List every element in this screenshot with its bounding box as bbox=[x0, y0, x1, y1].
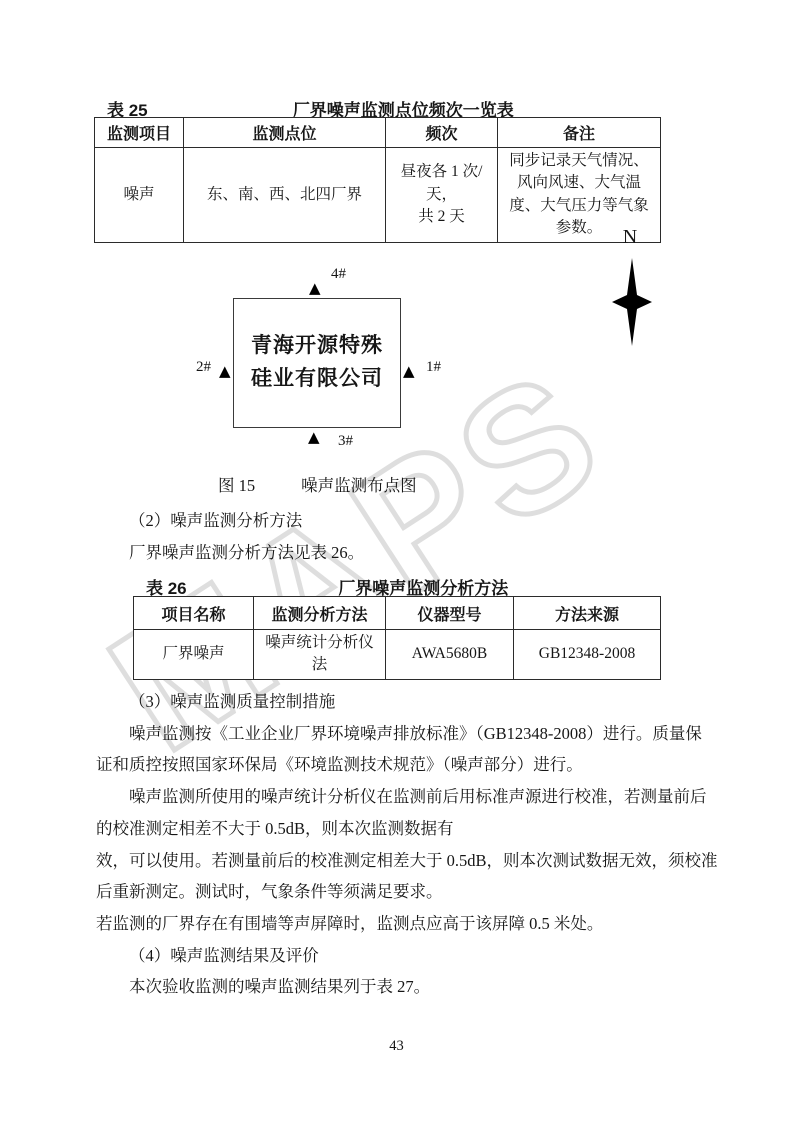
figure15-label: 图 15 bbox=[218, 472, 255, 496]
table25-cell-location: 东、南、西、北四厂界 bbox=[184, 148, 386, 243]
paragraph-4-heading: （4）噪声监测结果及评价 bbox=[96, 940, 704, 972]
monitoring-point-4-marker-icon: ▲ bbox=[309, 281, 321, 296]
table25-header-item: 监测项目 bbox=[95, 118, 184, 148]
table25-header-frequency: 频次 bbox=[386, 118, 498, 148]
body-line: 证和质控按照国家环保局《环境监测技术规范》（噪声部分）进行。 bbox=[96, 749, 704, 781]
table25-header-note: 备注 bbox=[498, 118, 661, 148]
monitoring-point-1-marker-icon: ▲ bbox=[403, 364, 415, 379]
figure15-caption: 图 15 噪声监测布点图 bbox=[218, 472, 417, 496]
body-line: 后重新测定。测试时，气象条件等须满足要求。 bbox=[96, 876, 704, 908]
table26-cell-project: 厂界噪声 bbox=[134, 630, 254, 680]
company-name-line1: 青海开源特殊 bbox=[251, 330, 383, 363]
north-arrow-icon bbox=[612, 258, 652, 346]
table25: 监测项目 监测点位 频次 备注 噪声 东、南、西、北四厂界 昼夜各 1 次/天，… bbox=[94, 117, 661, 243]
paragraph-3-heading: （3）噪声监测质量控制措施 bbox=[96, 686, 704, 718]
table25-cell-item: 噪声 bbox=[95, 148, 184, 243]
paragraph-2-heading: （2）噪声监测分析方法 bbox=[96, 505, 704, 537]
body-section-1: （2）噪声监测分析方法 厂界噪声监测分析方法见表 26。 bbox=[96, 505, 704, 568]
frequency-line1: 昼夜各 1 次/天， bbox=[392, 161, 491, 206]
figure15-title: 噪声监测布点图 bbox=[301, 472, 417, 496]
body-line: 效，可以使用。若测量前后的校准测定相差大于 0.5dB，则本次测试数据无效，须校… bbox=[96, 845, 704, 877]
table25-header-row: 监测项目 监测点位 频次 备注 bbox=[95, 118, 661, 148]
table26: 项目名称 监测分析方法 仪器型号 方法来源 厂界噪声 噪声统计分析仪法 AWA5… bbox=[133, 596, 661, 680]
body-line: 的校准测定相差不大于 0.5dB，则本次监测数据有 bbox=[96, 813, 704, 845]
body-section-2: （3）噪声监测质量控制措施 噪声监测按《工业企业厂界环境噪声排放标准》（GB12… bbox=[96, 686, 704, 1003]
north-label: N bbox=[614, 226, 646, 249]
monitoring-point-3-marker-icon: ▲ bbox=[308, 430, 320, 445]
factory-boundary-box: 青海开源特殊 硅业有限公司 bbox=[233, 298, 401, 428]
frequency-line2: 共 2 天 bbox=[392, 206, 491, 228]
table25-data-row: 噪声 东、南、西、北四厂界 昼夜各 1 次/天， 共 2 天 同步记录天气情况、… bbox=[95, 148, 661, 243]
body-line: 噪声监测按《工业企业厂界环境噪声排放标准》（GB12348-2008）进行。质量… bbox=[96, 718, 704, 750]
body-line: 若监测的厂界存在有围墙等声屏障时，监测点应高于该屏障 0.5 米处。 bbox=[96, 908, 704, 940]
table25-cell-frequency: 昼夜各 1 次/天， 共 2 天 bbox=[386, 148, 498, 243]
table26-cell-source: GB12348-2008 bbox=[514, 630, 661, 680]
document-page: MAPS 表 25 厂界噪声监测点位频次一览表 监测项目 监测点位 频次 备注 … bbox=[0, 0, 793, 1122]
monitoring-point-1-label: 1# bbox=[426, 360, 441, 375]
table26-data-row: 厂界噪声 噪声统计分析仪法 AWA5680B GB12348-2008 bbox=[134, 630, 661, 680]
table26-header-project: 项目名称 bbox=[134, 597, 254, 630]
monitoring-point-2-marker-icon: ▲ bbox=[219, 364, 231, 379]
table26-cell-method: 噪声统计分析仪法 bbox=[254, 630, 386, 680]
company-name-line2: 硅业有限公司 bbox=[251, 363, 383, 396]
paragraph-2-body: 厂界噪声监测分析方法见表 26。 bbox=[96, 537, 704, 569]
table26-header-instrument: 仪器型号 bbox=[386, 597, 514, 630]
table25-header-location: 监测点位 bbox=[184, 118, 386, 148]
monitoring-point-3-label: 3# bbox=[338, 434, 353, 449]
body-line: 本次验收监测的噪声监测结果列于表 27。 bbox=[96, 971, 704, 1003]
body-line: 噪声监测所使用的噪声统计分析仪在监测前后用标准声源进行校准，若测量前后 bbox=[96, 781, 704, 813]
monitoring-point-4-label: 4# bbox=[331, 267, 346, 282]
table26-cell-instrument: AWA5680B bbox=[386, 630, 514, 680]
monitoring-point-2-label: 2# bbox=[196, 360, 211, 375]
table26-header-source: 方法来源 bbox=[514, 597, 661, 630]
table26-header-method: 监测分析方法 bbox=[254, 597, 386, 630]
page-number: 43 bbox=[0, 1038, 793, 1055]
table26-header-row: 项目名称 监测分析方法 仪器型号 方法来源 bbox=[134, 597, 661, 630]
